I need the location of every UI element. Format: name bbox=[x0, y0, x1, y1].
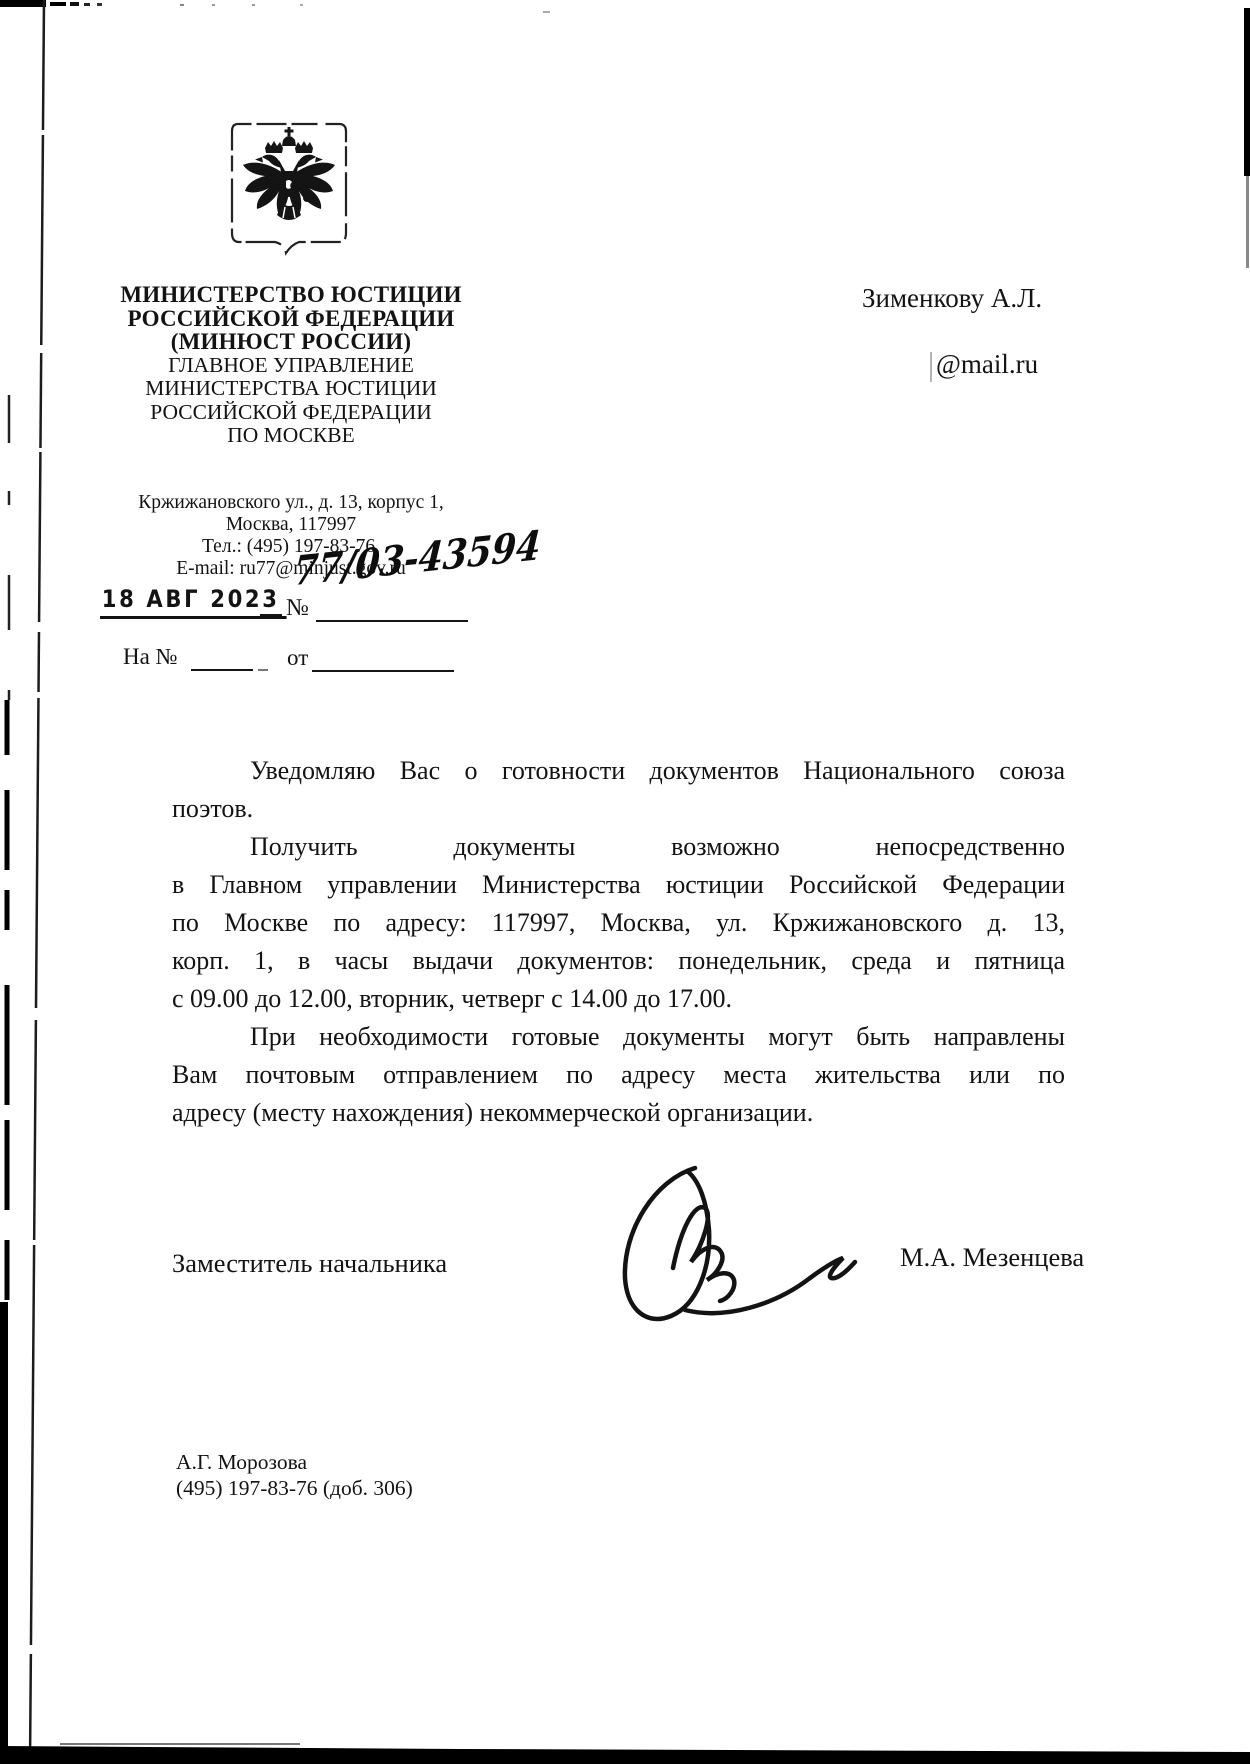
body-line: с 09.00 до 12.00, вторник, четверг с 14.… bbox=[172, 980, 1065, 1018]
org-name-line: РОССИЙСКОЙ ФЕДЕРАЦИИ bbox=[110, 307, 472, 331]
body-line: Вам почтовым отправлением по адресу мест… bbox=[172, 1056, 1065, 1094]
executor-name: А.Г. Морозова bbox=[176, 1449, 413, 1475]
incoming-number-underline bbox=[191, 669, 253, 671]
number-pre-dash bbox=[260, 614, 282, 616]
letterhead: МИНИСТЕРСТВО ЮСТИЦИИ РОССИЙСКОЙ ФЕДЕРАЦИ… bbox=[110, 283, 472, 448]
contact-address-line-2: Москва, 117997 bbox=[110, 514, 472, 536]
org-subdivision-line: МИНИСТЕРСТВА ЮСТИЦИИ bbox=[110, 377, 472, 401]
signer-name: М.А. Мезенцева bbox=[900, 1242, 1084, 1273]
body-line: поэтов. bbox=[172, 790, 1065, 828]
coat-of-arms-icon bbox=[243, 127, 335, 220]
incoming-date-underline bbox=[312, 670, 454, 672]
handwritten-signature-icon bbox=[585, 1150, 865, 1355]
date-stamp: 18 АВГ 2023 bbox=[100, 585, 287, 619]
body-line: Уведомляю Вас о готовности документов На… bbox=[172, 752, 1065, 790]
executor-phone: (495) 197-83-76 (доб. 306) bbox=[176, 1475, 413, 1501]
body-line: адресу (месту нахождения) некоммерческой… bbox=[172, 1094, 1065, 1132]
body-line: корп. 1, в часы выдачи документов: понед… bbox=[172, 942, 1065, 980]
outgoing-number-underline bbox=[316, 620, 468, 622]
body-line: по Москве по адресу: 117997, Москва, ул.… bbox=[172, 904, 1065, 942]
body-line: Получить документы возможно непосредстве… bbox=[172, 828, 1065, 866]
signature-title: Заместитель начальника bbox=[172, 1248, 447, 1279]
body-line: в Главном управлении Министерства юстици… bbox=[172, 866, 1065, 904]
scanned-letter-page: МИНИСТЕРСТВО ЮСТИЦИИ РОССИЙСКОЙ ФЕДЕРАЦИ… bbox=[0, 0, 1250, 1764]
incoming-date-label: от bbox=[287, 645, 308, 671]
body-line: При необходимости готовые документы могу… bbox=[172, 1018, 1065, 1056]
contact-address-line-1: Кржижановского ул., д. 13, корпус 1, bbox=[110, 492, 472, 514]
org-subdivision-line: ПО МОСКВЕ bbox=[110, 424, 472, 448]
org-subdivision-line: ГЛАВНОЕ УПРАВЛЕНИЕ bbox=[110, 354, 472, 378]
org-name-line: МИНИСТЕРСТВО ЮСТИЦИИ bbox=[110, 283, 472, 307]
org-name-line: (МИНЮСТ РОССИИ) bbox=[110, 330, 472, 354]
incoming-number-label: На № bbox=[123, 644, 178, 670]
recipient-email: @mail.ru bbox=[936, 349, 1038, 380]
body-text: Уведомляю Вас о готовности документов На… bbox=[172, 752, 1065, 1132]
executor-block: А.Г. Морозова (495) 197-83-76 (доб. 306) bbox=[176, 1449, 413, 1501]
recipient-name: Зименкову А.Л. bbox=[862, 283, 1042, 314]
incoming-number-underline-dash bbox=[258, 669, 268, 671]
org-subdivision-line: РОССИЙСКОЙ ФЕДЕРАЦИИ bbox=[110, 401, 472, 425]
outgoing-number-sign: № bbox=[286, 595, 309, 622]
emblem-frame bbox=[228, 118, 350, 268]
